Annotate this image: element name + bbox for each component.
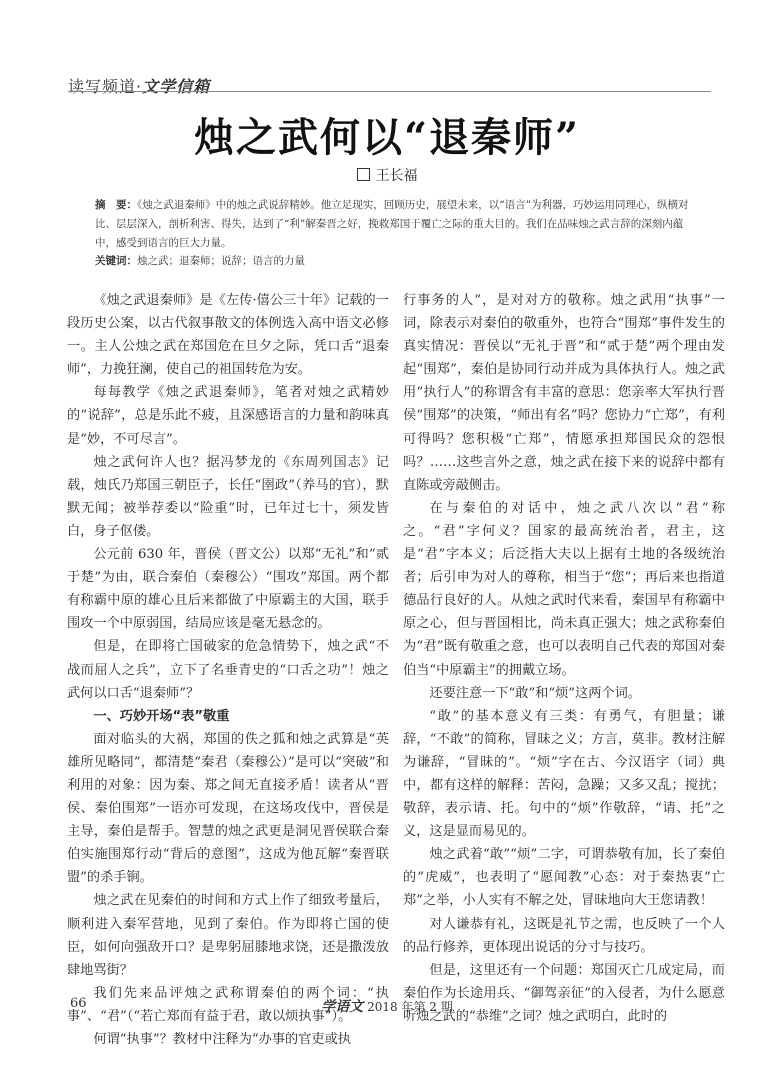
right-column: 行事务的人”，是对对方的敬称。烛之武用“执事”一词，除表示对秦伯的敬重外，也符合… <box>403 289 725 1028</box>
journal-name: 学语文 <box>321 999 363 1015</box>
abstract-text: 《烛之武退秦师》中的烛之武说辞精妙。他立足现实，回顾历史，展望未来，以“语言”为… <box>95 199 688 249</box>
paragraph: 每每教学《烛之武退秦师》，笔者对烛之武精妙的“说辞”，总是乐此不疲，且深感语言的… <box>67 381 389 450</box>
paragraph: 对人谦恭有礼，这既是礼节之需，也反映了一个人的品行修养，更体现出说话的分寸与技巧… <box>403 913 725 959</box>
section-heading: 一、巧妙开场“表”敬重 <box>67 705 389 728</box>
paragraph: 何谓“执事”？教材中注释为“办事的官吏或执 <box>67 1028 389 1051</box>
keywords: 关键词：烛之武；退秦师；说辞；语言的力量 <box>95 253 695 268</box>
paragraph: 面对临头的大祸，郑国的佚之狐和烛之武算是“英雄所见略同”，都清楚“秦君（秦穆公）… <box>67 728 389 890</box>
journal-footer: 学语文 2018 年第 2 期 <box>0 996 774 1016</box>
paragraph: 烛之武何许人也？据冯梦龙的《东周列国志》记载，烛氏乃郑国三朝臣子，长任“圉政”（… <box>67 451 389 543</box>
subsection-name: 文学信箱 <box>142 77 210 96</box>
section-name: 读写频道 <box>68 77 136 96</box>
abstract: 摘 要：《烛之武退秦师》中的烛之武说辞精妙。他立足现实，回顾历史，展望未来，以“… <box>95 196 695 253</box>
journal-issue: 2018 年第 2 期 <box>367 1000 453 1014</box>
paragraph: 公元前 630 年，晋侯（晋文公）以郑“无礼”和“贰于楚”为由，联合秦伯（秦穆公… <box>67 543 389 635</box>
paragraph-continued: 行事务的人”，是对对方的敬称。烛之武用“执事”一词，除表示对秦伯的敬重外，也符合… <box>403 289 725 497</box>
header-divider <box>68 91 711 92</box>
paragraph: “敢”的基本意义有三类：有勇气，有胆量；谦辞，“不敢”的简称，冒昧之义；方言，莫… <box>403 705 725 844</box>
keywords-text: 烛之武；退秦师；说辞；语言的力量 <box>137 255 305 267</box>
author-box-icon <box>357 168 370 181</box>
author-name: 王长福 <box>376 168 418 184</box>
paragraph: 还要注意一下“敢”和“烦”这两个词。 <box>403 682 725 705</box>
author-line: 王长福 <box>0 165 774 185</box>
paragraph: 但是，在即将亡国破家的危急情势下，烛之武“不战而屈人之兵”，立下了名垂青史的“口… <box>67 635 389 704</box>
paragraph: 在与秦伯的对话中，烛之武八次以“君”称之。“君”字何义？国家的最高统治者，君主，… <box>403 497 725 682</box>
paragraph: 烛之武在见秦伯的时间和方式上作了细致考量后，顺利进入秦军营地，见到了秦伯。作为即… <box>67 889 389 981</box>
section-header: 读写频道·文学信箱 <box>68 74 210 97</box>
abstract-label: 摘 要： <box>95 199 137 211</box>
left-column: 《烛之武退秦师》是《左传·僖公三十年》记载的一段历史公案，以古代叙事散文的体例选… <box>67 289 389 1051</box>
article-title: 烛之武何以“退秦师” <box>0 106 774 163</box>
paragraph: 但是，这里还有一个问题：郑国灭亡几成定局，而秦伯作为长途用兵、“御驾亲征”的入侵… <box>403 959 725 1028</box>
paragraph: 烛之武着“敢”“烦”二字，可谓恭敬有加，长了秦伯的“虎威”，也表明了“愿闻教”心… <box>403 843 725 912</box>
paragraph: 《烛之武退秦师》是《左传·僖公三十年》记载的一段历史公案，以古代叙事散文的体例选… <box>67 289 389 381</box>
keywords-label: 关键词： <box>95 255 137 267</box>
